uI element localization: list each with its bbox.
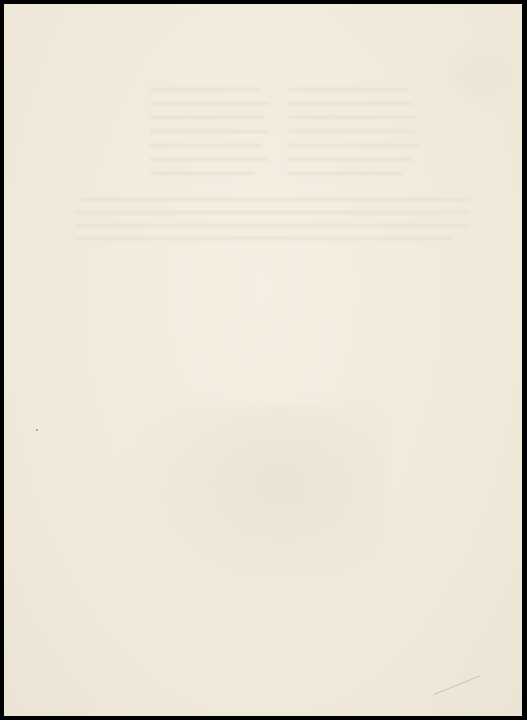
scanned-page <box>4 4 522 716</box>
paper-scratch <box>434 675 481 695</box>
bleed-through-illustration <box>124 404 384 604</box>
dust-speck <box>36 429 38 431</box>
paper-smudge <box>456 56 508 96</box>
